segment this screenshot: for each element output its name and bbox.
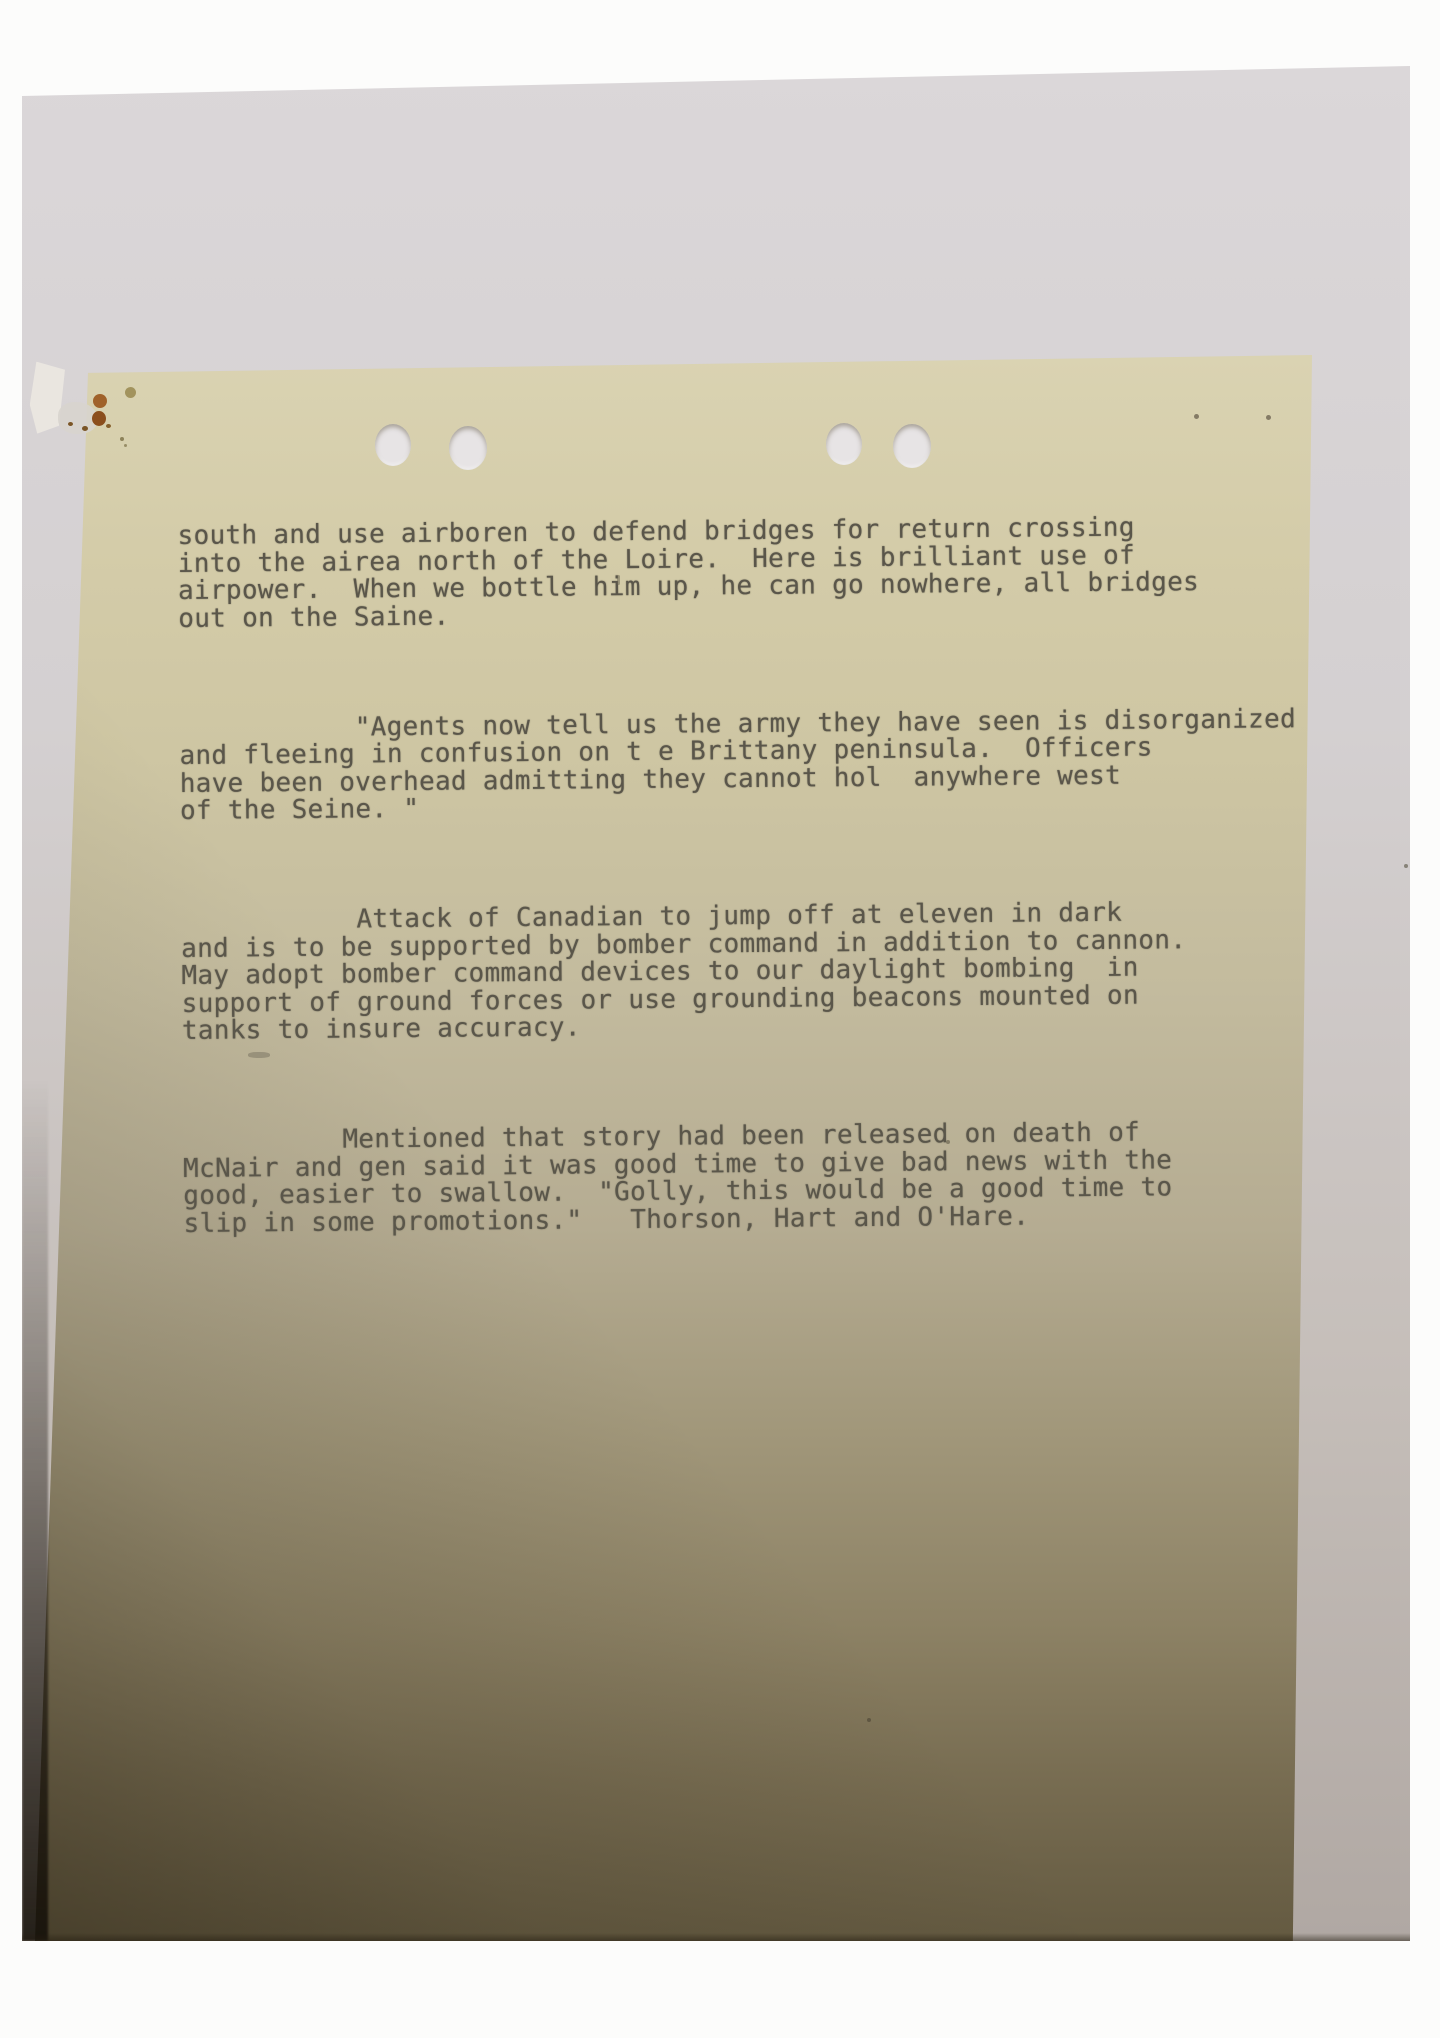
memo-paragraph: Attack of Canadian to jump off at eleven… bbox=[181, 898, 1299, 1045]
pinhole bbox=[1266, 415, 1271, 420]
memo-paragraph: south and use airboren to defend bridges… bbox=[177, 513, 1295, 633]
left-edge-shadow bbox=[22, 1079, 48, 1942]
rust-stain bbox=[106, 424, 111, 428]
memo-paragraph: "Agents now tell us the army they have s… bbox=[179, 706, 1297, 826]
pinhole bbox=[1194, 414, 1199, 419]
memo-paragraph: Mentioned that story had been released o… bbox=[183, 1118, 1301, 1238]
memo-paper: south and use airboren to defend bridges… bbox=[35, 355, 1312, 1941]
speck bbox=[867, 1718, 871, 1722]
punch-hole bbox=[375, 424, 411, 466]
document-scan: south and use airboren to defend bridges… bbox=[22, 66, 1410, 1941]
pencil-smudge bbox=[248, 1052, 270, 1058]
memo-text: south and use airboren to defend bridges… bbox=[177, 458, 1301, 1293]
rust-stain bbox=[92, 411, 106, 426]
rust-stain bbox=[124, 444, 127, 447]
rust-stain bbox=[120, 437, 124, 441]
bottom-edge-shadow bbox=[22, 1933, 1410, 1941]
stray-mark bbox=[617, 575, 620, 585]
punch-hole bbox=[826, 423, 862, 465]
rust-stain bbox=[125, 387, 136, 398]
rust-stain bbox=[82, 426, 88, 431]
rust-stain bbox=[68, 422, 73, 426]
punch-hole bbox=[449, 426, 487, 470]
speck bbox=[1404, 864, 1408, 868]
speck bbox=[946, 1140, 950, 1144]
rust-stain bbox=[93, 394, 107, 408]
